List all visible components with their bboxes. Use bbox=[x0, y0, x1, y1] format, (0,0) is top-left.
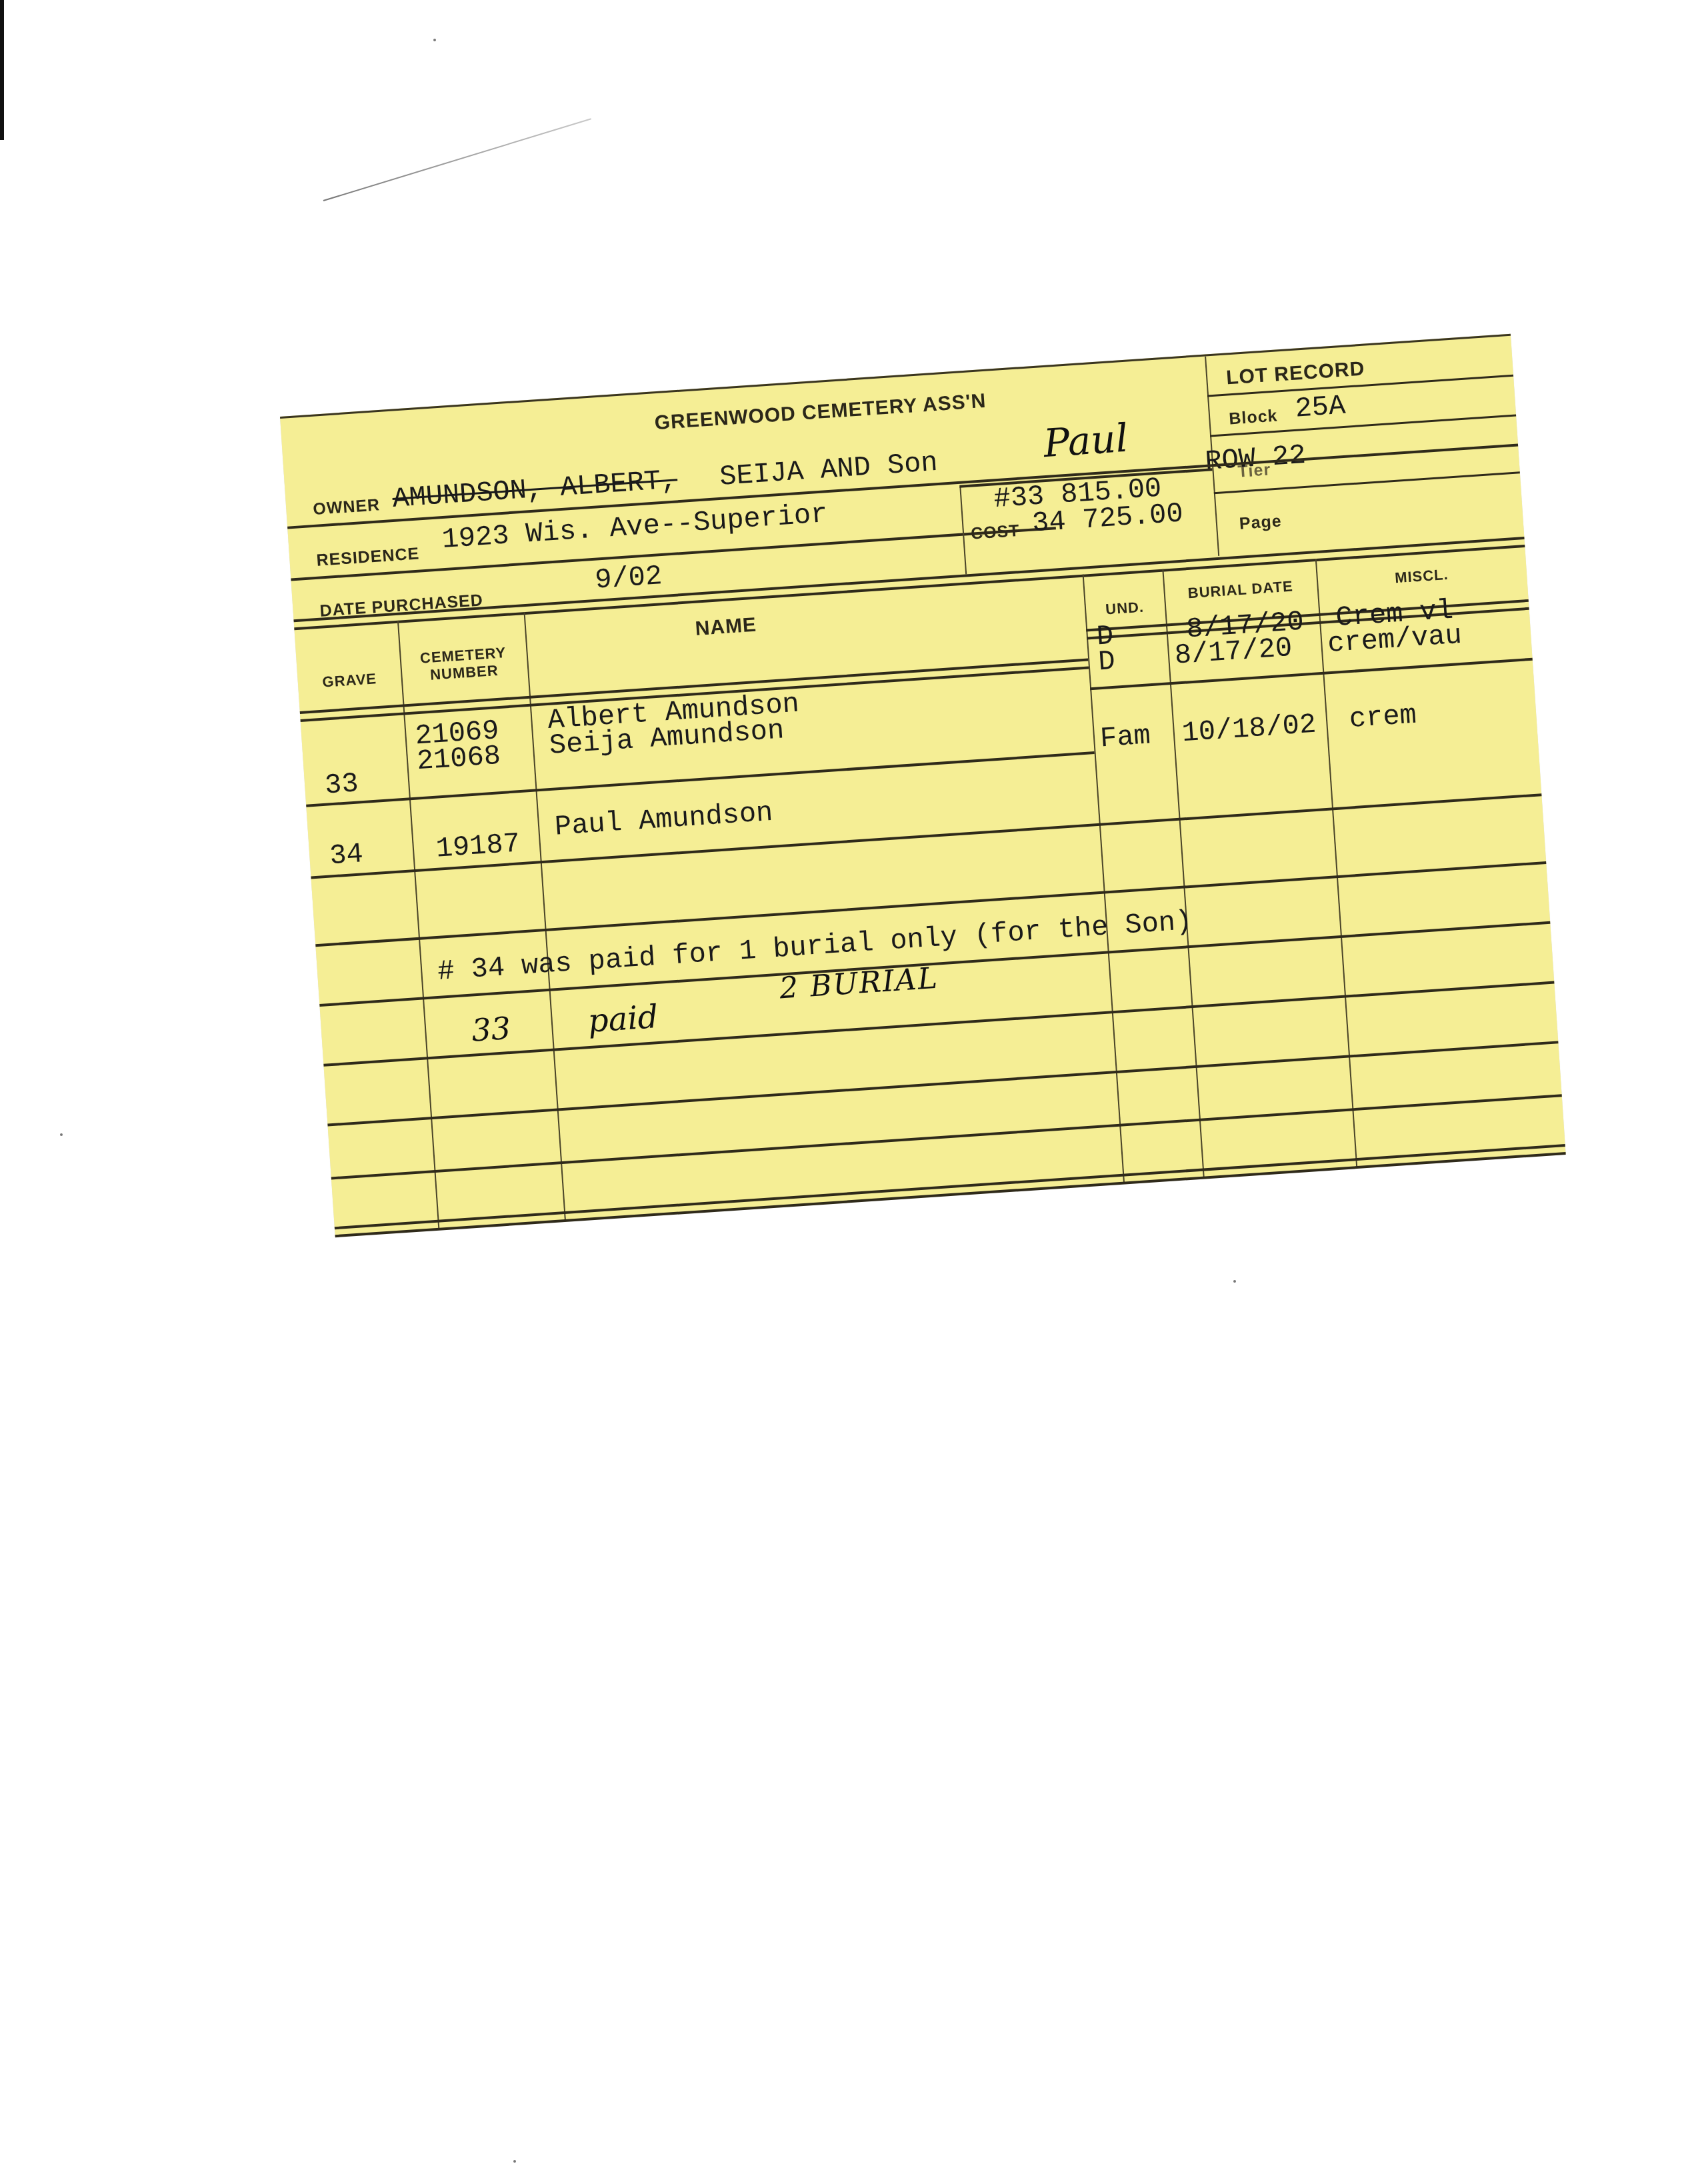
page-label: Page bbox=[1239, 511, 1283, 533]
note-burial-handwritten: 2 BURIAL bbox=[779, 961, 940, 1006]
col-header-burial-date: BURIAL DATE bbox=[1187, 578, 1294, 603]
note-paid-handwritten: paid bbox=[587, 998, 659, 1040]
lot-record-card: GREENWOOD CEMETERY ASS'N LOT RECORD Bloc… bbox=[280, 334, 1566, 1237]
name-cell: Paul Amundson bbox=[554, 797, 774, 843]
burial-date-cell: 8/17/20 bbox=[1174, 635, 1293, 669]
block-value: 25A bbox=[1294, 390, 1347, 425]
note-grave-handwritten: 33 bbox=[471, 1010, 512, 1049]
footer-double-rule bbox=[335, 1144, 1565, 1229]
grave-cell: 33 bbox=[324, 767, 360, 801]
owner-handwritten: Paul bbox=[1042, 415, 1129, 466]
col-header-name: NAME bbox=[695, 614, 757, 641]
record-type: LOT RECORD bbox=[1225, 358, 1365, 390]
speck bbox=[433, 39, 436, 41]
speck bbox=[60, 1133, 63, 1136]
speck bbox=[1233, 1280, 1236, 1283]
und-cell: Fam bbox=[1099, 719, 1152, 755]
scan-edge bbox=[0, 0, 4, 140]
cemetery-number-cell: 19187 bbox=[435, 827, 521, 865]
cemetery-number-cell: 21068 bbox=[416, 743, 501, 774]
col-header-cemetery-number: CEMETERY NUMBER bbox=[413, 643, 515, 685]
row-rule bbox=[1090, 658, 1533, 691]
col-header-grave: GRAVE bbox=[297, 669, 401, 693]
burial-date-cell: 10/18/02 bbox=[1181, 709, 1317, 749]
date-purchased-value: 9/02 bbox=[594, 560, 663, 597]
miscl-cell: crem/vau bbox=[1327, 623, 1463, 657]
col-header-und: UND. bbox=[1084, 597, 1165, 620]
organization-title: GREENWOOD CEMETERY ASS'N bbox=[654, 390, 987, 435]
owner-label: OWNER bbox=[313, 495, 381, 519]
cost-divider bbox=[959, 487, 967, 575]
cost-label: COST bbox=[970, 521, 1020, 544]
block-label: Block bbox=[1229, 407, 1279, 429]
miscl-cell: crem bbox=[1349, 699, 1418, 736]
owner-value-struck: AMUNDSON, ALBERT, bbox=[391, 464, 679, 515]
speck bbox=[513, 2160, 516, 2163]
grave-cell: 34 bbox=[329, 838, 365, 872]
residence-label: RESIDENCE bbox=[316, 544, 420, 570]
pencil-mark bbox=[323, 118, 591, 201]
col-header-miscl: MISCL. bbox=[1316, 561, 1527, 592]
und-cell: D bbox=[1097, 649, 1116, 675]
